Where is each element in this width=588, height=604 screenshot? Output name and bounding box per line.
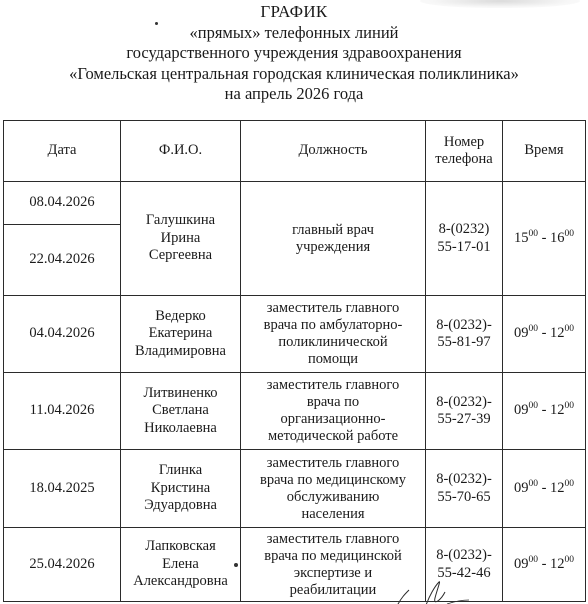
cell-time: 0900 - 1200 bbox=[503, 373, 586, 450]
signature-icon bbox=[395, 578, 485, 604]
time-start-hour: 15 bbox=[514, 230, 529, 246]
header-date: Дата bbox=[4, 121, 121, 182]
fio-line: Литвиненко bbox=[124, 385, 237, 403]
time-start-minutes: 00 bbox=[528, 401, 538, 411]
cell-date: 25.04.2026 bbox=[4, 528, 121, 602]
position-line: заместитель главного bbox=[244, 300, 422, 317]
cell-position: заместитель главного врача по медицинско… bbox=[241, 450, 426, 528]
phone-line: 8-(0232) bbox=[429, 221, 499, 239]
cell-date: 04.04.2026 bbox=[4, 296, 121, 373]
position-line: заместитель главного bbox=[244, 377, 422, 394]
fio-line: Ведерко bbox=[124, 308, 237, 326]
phone-line: 55-17-01 bbox=[429, 239, 499, 257]
time-start-minutes: 00 bbox=[528, 479, 538, 489]
time-separator: - bbox=[538, 480, 550, 496]
time-start-minutes: 00 bbox=[528, 229, 538, 239]
header-phone: Номер телефона bbox=[426, 121, 503, 182]
fio-line: Светлана bbox=[124, 402, 237, 420]
fio-line: Глинка bbox=[124, 462, 237, 480]
header-phone-line: Номер bbox=[429, 134, 499, 152]
time-start-hour: 09 bbox=[514, 325, 529, 341]
phone-line: 8-(0232)- bbox=[429, 547, 499, 565]
header-phone-line: телефона bbox=[429, 151, 499, 169]
position-line: обслуживанию bbox=[244, 489, 422, 506]
cell-position: заместитель главного врача по амбулаторн… bbox=[241, 296, 426, 373]
cell-date: 11.04.2026 bbox=[4, 373, 121, 450]
cell-time: 0900 - 1200 bbox=[503, 528, 586, 602]
table-row: 04.04.2026 Ведерко Екатерина Владимировн… bbox=[4, 296, 586, 373]
fio-line: Александровна bbox=[124, 573, 237, 591]
time-start-hour: 09 bbox=[514, 480, 529, 496]
cell-date: 22.04.2026 bbox=[4, 225, 121, 296]
phone-line: 8-(0232)- bbox=[429, 394, 499, 412]
table-row: 11.04.2026 Литвиненко Светлана Николаевн… bbox=[4, 373, 586, 450]
subtitle-line: государственного учреждения здравоохране… bbox=[0, 43, 588, 64]
position-line: заместитель главного bbox=[244, 531, 422, 548]
cell-position: заместитель главного врача по организаци… bbox=[241, 373, 426, 450]
position-line: главный врач bbox=[244, 222, 422, 239]
document-heading: ГРАФИК «прямых» телефонных линий государ… bbox=[0, 2, 588, 105]
table-header-row: Дата Ф.И.О. Должность Номер телефона Вре… bbox=[4, 121, 586, 182]
phone-line: 8-(0232)- bbox=[429, 471, 499, 489]
position-line: методической работе bbox=[244, 428, 422, 445]
time-end-hour: 12 bbox=[550, 480, 565, 496]
time-end-hour: 12 bbox=[550, 402, 565, 418]
time-separator: - bbox=[538, 556, 550, 572]
time-end-minutes: 00 bbox=[565, 401, 575, 411]
fio-line: Николаевна bbox=[124, 420, 237, 438]
cell-fio: Литвиненко Светлана Николаевна bbox=[121, 373, 241, 450]
cell-date: 08.04.2026 bbox=[4, 182, 121, 225]
table-row: 18.04.2025 Глинка Кристина Эдуардовна за… bbox=[4, 450, 586, 528]
position-line: врача по bbox=[244, 394, 422, 411]
fio-line: Эдуардовна bbox=[124, 497, 237, 515]
fio-line: Лапковская bbox=[124, 538, 237, 556]
subtitle-line: «Гомельская центральная городская клинич… bbox=[0, 64, 588, 85]
cell-phone: 8-(0232)- 55-70-65 bbox=[426, 450, 503, 528]
time-separator: - bbox=[538, 230, 550, 246]
cell-phone: 8-(0232) 55-17-01 bbox=[426, 182, 503, 296]
schedule-table: Дата Ф.И.О. Должность Номер телефона Вре… bbox=[3, 120, 586, 602]
time-end-minutes: 00 bbox=[565, 479, 575, 489]
phone-line: 55-70-65 bbox=[429, 489, 499, 507]
cell-fio: Лапковская Елена Александровна bbox=[121, 528, 241, 602]
time-start-hour: 09 bbox=[514, 402, 529, 418]
cell-position: главный врач учреждения bbox=[241, 182, 426, 296]
position-line: населения bbox=[244, 506, 422, 523]
time-end-hour: 16 bbox=[550, 230, 565, 246]
fio-line: Владимировна bbox=[124, 343, 237, 361]
position-line: поликлинической bbox=[244, 334, 422, 351]
time-start-hour: 09 bbox=[514, 556, 529, 572]
cell-time: 0900 - 1200 bbox=[503, 296, 586, 373]
fio-line: Екатерина bbox=[124, 325, 237, 343]
fio-line: Елена bbox=[124, 556, 237, 574]
table-row: 08.04.2026 Галушкина Ирина Сергеевна гла… bbox=[4, 182, 586, 225]
time-end-minutes: 00 bbox=[565, 229, 575, 239]
fio-line: Ирина bbox=[124, 230, 237, 248]
cell-fio: Ведерко Екатерина Владимировна bbox=[121, 296, 241, 373]
phone-line: 55-81-97 bbox=[429, 334, 499, 352]
header-position: Должность bbox=[241, 121, 426, 182]
document-title: ГРАФИК bbox=[0, 2, 588, 23]
subtitle-line: на апрель 2026 года bbox=[0, 84, 588, 105]
fio-line: Сергеевна bbox=[124, 247, 237, 265]
fio-line: Галушкина bbox=[124, 212, 237, 230]
time-separator: - bbox=[538, 402, 550, 418]
time-start-minutes: 00 bbox=[528, 324, 538, 334]
cell-phone: 8-(0232)- 55-27-39 bbox=[426, 373, 503, 450]
cell-phone: 8-(0232)- 55-81-97 bbox=[426, 296, 503, 373]
time-start-minutes: 00 bbox=[528, 555, 538, 565]
cell-fio: Глинка Кристина Эдуардовна bbox=[121, 450, 241, 528]
table-row: 25.04.2026 Лапковская Елена Александровн… bbox=[4, 528, 586, 602]
cell-time: 0900 - 1200 bbox=[503, 450, 586, 528]
time-end-minutes: 00 bbox=[565, 324, 575, 334]
position-line: врача по медицинской bbox=[244, 548, 422, 565]
position-line: заместитель главного bbox=[244, 455, 422, 472]
time-end-hour: 12 bbox=[550, 556, 565, 572]
position-line: помощи bbox=[244, 351, 422, 368]
position-line: организационно- bbox=[244, 411, 422, 428]
header-fio: Ф.И.О. bbox=[121, 121, 241, 182]
subtitle-line: «прямых» телефонных линий bbox=[0, 23, 588, 44]
time-end-hour: 12 bbox=[550, 325, 565, 341]
time-end-minutes: 00 bbox=[565, 555, 575, 565]
position-line: врача по медицинскому bbox=[244, 472, 422, 489]
phone-line: 55-27-39 bbox=[429, 411, 499, 429]
position-line: учреждения bbox=[244, 239, 422, 256]
cell-fio: Галушкина Ирина Сергеевна bbox=[121, 182, 241, 296]
fio-line: Кристина bbox=[124, 480, 237, 498]
position-line: врача по амбулаторно- bbox=[244, 317, 422, 334]
cell-date: 18.04.2025 bbox=[4, 450, 121, 528]
time-separator: - bbox=[538, 325, 550, 341]
header-time: Время bbox=[503, 121, 586, 182]
cell-time: 1500 - 1600 bbox=[503, 182, 586, 296]
phone-line: 8-(0232)- bbox=[429, 317, 499, 335]
